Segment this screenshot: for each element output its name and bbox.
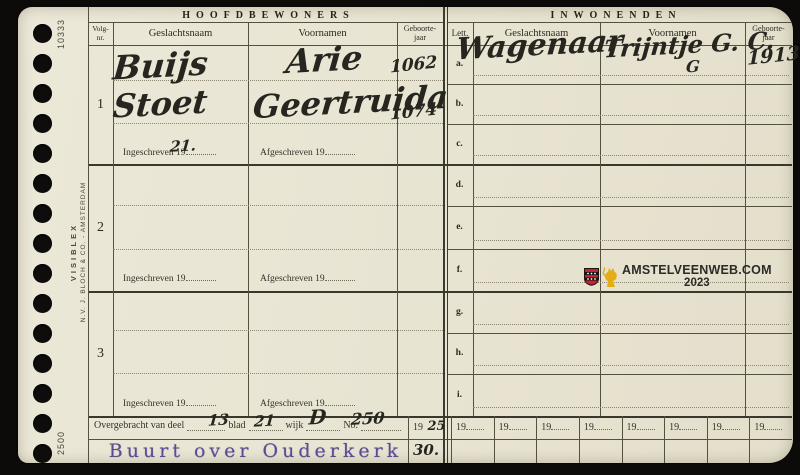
year-cell: 19 25 — [408, 416, 451, 439]
writing-line — [473, 115, 789, 116]
handwritten-inw-year: 1913 — [747, 44, 800, 69]
handwritten-year-1: 1062 — [390, 54, 437, 76]
watermark: AMSTELVEENWEB.COM 2023 — [584, 263, 772, 291]
year-cell: 19 — [707, 416, 750, 439]
handwritten-inw-surname: Wagenaar — [455, 27, 625, 66]
handwritten-firstnames-1: Arie — [285, 41, 364, 78]
afgeschreven-label: Afgeschreven 19 — [260, 271, 355, 284]
year-cell: 19 — [536, 416, 579, 439]
punch-hole — [33, 354, 52, 373]
ingeschreven-label: Ingeschreven 19 — [123, 396, 216, 409]
watermark-site: AMSTELVEENWEB.COM — [622, 263, 772, 277]
writing-line — [473, 365, 789, 366]
writing-line — [473, 240, 789, 241]
punch-hole — [33, 414, 52, 433]
punch-hole — [33, 234, 52, 253]
handwritten-surname-2: Stoet — [112, 85, 209, 122]
handwritten-deel: 13 — [207, 412, 229, 428]
writing-line — [473, 407, 789, 408]
grid-line — [248, 22, 249, 416]
printer-imprint: VISIBLEX N.V. J. BLOCH & CO. - AMSTERDAM — [68, 167, 89, 337]
writing-line — [113, 330, 443, 331]
column-header-volgnr: Volg- nr. — [88, 22, 113, 45]
row-letter-h: h. — [447, 348, 472, 358]
lion-icon — [602, 266, 619, 288]
punch-hole — [33, 114, 52, 133]
row-letter-d: d. — [447, 180, 472, 190]
punch-hole — [33, 444, 52, 463]
writing-line — [113, 373, 443, 374]
year-cell: 19 — [451, 416, 494, 439]
punch-hole — [33, 174, 52, 193]
coat-of-arms-icon — [584, 268, 599, 286]
row-letter-b: b. — [447, 99, 472, 109]
grid-line — [448, 249, 792, 250]
transfer-label-deel: Overgebracht van deel — [94, 420, 184, 431]
writing-line — [113, 249, 443, 250]
punch-hole — [33, 294, 52, 313]
handwritten-blad: 21 — [253, 413, 275, 429]
year-cell: 19 — [749, 416, 792, 439]
punch-hole — [33, 384, 52, 403]
grid-line — [448, 84, 792, 85]
scan-background: 10333 2500 VISIBLEX N.V. J. BLOCH & CO. … — [0, 0, 800, 475]
handwritten-wijk: D — [308, 406, 327, 427]
register-card: 10333 2500 VISIBLEX N.V. J. BLOCH & CO. … — [18, 7, 793, 463]
transfer-label-blad: blad — [228, 420, 245, 431]
grid-line — [88, 291, 792, 293]
grid-line — [600, 22, 601, 416]
year-cell: 19 — [664, 416, 707, 439]
column-header-geboortejaar: Geboorte- jaar — [397, 22, 443, 45]
transfer-label-wijk: wijk — [286, 420, 304, 431]
volgnr-1: 1 — [88, 97, 113, 113]
handwritten-surname-1: Buijs — [112, 46, 210, 84]
handwritten-year: 25 — [428, 419, 446, 434]
afgeschreven-label: Afgeschreven 19 — [260, 396, 355, 409]
count-cell: 30. — [408, 439, 451, 463]
punch-hole — [33, 24, 52, 43]
grid-line — [448, 206, 792, 207]
section-title-inwonenden: INWONENDEN — [448, 8, 778, 22]
section-title-hoofdbewoners: HOOFDBEWONERS — [88, 8, 443, 22]
punch-hole — [33, 324, 52, 343]
year-cell: 19 — [579, 416, 622, 439]
punch-hole — [33, 264, 52, 283]
grid-line — [745, 22, 746, 416]
grid-line — [473, 22, 474, 416]
grid-line — [448, 333, 792, 334]
punch-hole — [33, 144, 52, 163]
punch-hole — [33, 84, 52, 103]
printer-brand: VISIBLEX — [68, 167, 79, 337]
writing-line — [473, 197, 789, 198]
ingeschreven-label: Ingeschreven 19 — [123, 271, 216, 284]
serial-number-bottom: 2500 — [56, 431, 66, 455]
count-cells-row: 30. — [408, 439, 792, 463]
column-header-geslachtsnaam: Geslachtsnaam — [113, 22, 248, 45]
watermark-year: 2023 — [622, 277, 772, 290]
handwritten-ingeschreven-year: 21. — [169, 138, 196, 154]
grid-line — [448, 124, 792, 125]
grid-line — [448, 374, 792, 375]
row-letter-c: c. — [447, 139, 472, 149]
writing-line — [473, 155, 789, 156]
handwritten-no: 250 — [350, 410, 385, 428]
year-cell: 19 — [622, 416, 665, 439]
neighborhood-stamp: Buurt over Ouderkerk — [103, 440, 408, 462]
punch-hole — [33, 54, 52, 73]
writing-line — [473, 75, 789, 76]
writing-line — [113, 205, 443, 206]
serial-number-top: 10333 — [56, 19, 66, 49]
handwritten-inw-firstnames-extra: G — [685, 59, 700, 76]
row-letter-i: i. — [447, 390, 472, 400]
grid-line — [88, 164, 792, 166]
afgeschreven-label: Afgeschreven 19 — [260, 145, 355, 158]
year-cell: 19 — [494, 416, 537, 439]
handwritten-count: 30. — [413, 441, 439, 459]
row-letter-e: e. — [447, 222, 472, 232]
handwritten-year-2: 1074 — [390, 101, 437, 123]
writing-line — [473, 324, 789, 325]
row-letter-g: g. — [447, 307, 472, 317]
volgnr-3: 3 — [88, 346, 113, 362]
volgnr-2: 2 — [88, 220, 113, 236]
year-cells-row: 19 25 19 19 19 19 19 19 19 19 — [408, 416, 792, 439]
row-letter-f: f. — [447, 265, 472, 275]
table-separator — [443, 7, 445, 463]
punch-hole — [33, 204, 52, 223]
